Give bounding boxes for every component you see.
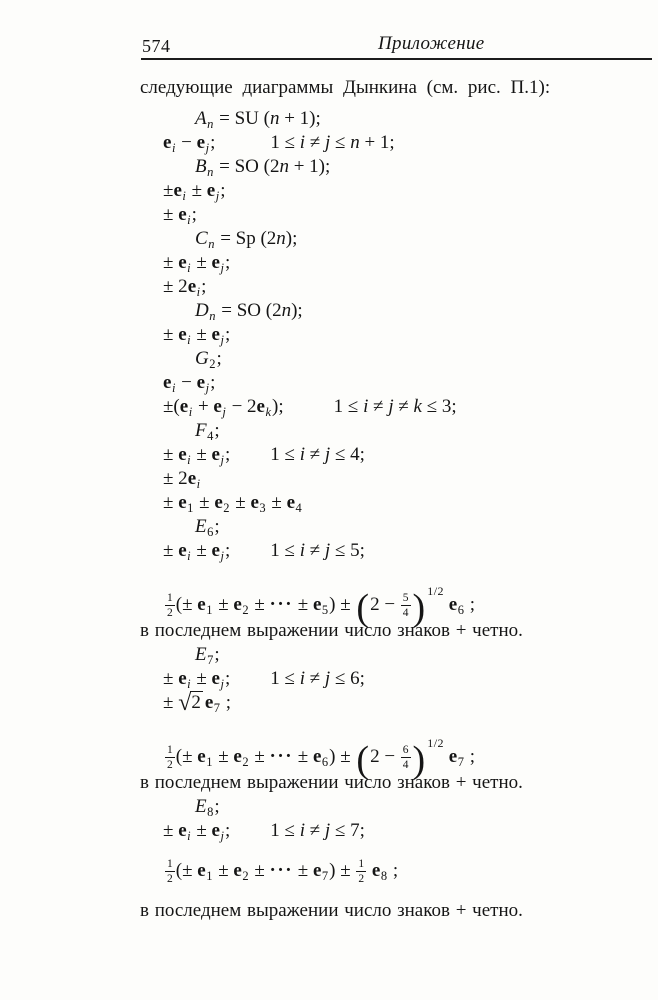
subscript: 2: [242, 603, 248, 617]
root-line: ± ei;: [140, 203, 652, 227]
subscript: 6: [322, 755, 328, 769]
subscript: i: [187, 261, 190, 275]
root-line: ± 2ei;: [140, 275, 652, 299]
subscript: i: [197, 285, 200, 299]
subscript: 6: [207, 525, 213, 539]
exponent: 1/2: [427, 584, 444, 598]
root-line: ± ei ± ej;1 ≤ i ≠ j ≤ 7;: [140, 819, 652, 843]
ellipsis-dots: ···: [270, 594, 294, 615]
root-line: ei − ej;: [140, 371, 652, 395]
group-heading: Cn = Sp (2n);: [140, 227, 652, 251]
subscript: 1: [206, 869, 212, 883]
subscript: 7: [214, 701, 220, 715]
root-formula: 12(± e1 ± e2 ± ··· ± e6) ± (2 − 64)1/2 e…: [140, 721, 652, 765]
stacked-fraction: 12: [165, 592, 175, 619]
page-number: 574: [142, 36, 171, 57]
stacked-fraction: 64: [401, 744, 411, 771]
subscript: j: [206, 141, 209, 155]
ellipsis-dots: ···: [270, 860, 294, 881]
root-line: ±ei ± ej;: [140, 179, 652, 203]
subscript: n: [207, 165, 213, 179]
subscript: j: [220, 333, 223, 347]
equation-list: следующие диаграммы Дынкина (см. рис. П.…: [140, 76, 652, 923]
subscript: 1: [206, 603, 212, 617]
root-line: ± √2e7 ;: [140, 691, 652, 715]
root-line: ± ei ± ej;: [140, 251, 652, 275]
header-rule: [141, 58, 652, 60]
subscript: n: [207, 117, 213, 131]
subscript: i: [187, 829, 190, 843]
group-heading: E8;: [140, 795, 652, 819]
subscript: 3: [259, 501, 265, 515]
parity-note: в последнем выражении число знаков + чет…: [140, 899, 652, 923]
subscript: k: [265, 405, 271, 419]
subscript: 4: [207, 429, 213, 443]
parity-note: в последнем выражении число знаков + чет…: [140, 619, 652, 643]
parity-note: в последнем выражении число знаков + чет…: [140, 771, 652, 795]
subscript: j: [206, 381, 209, 395]
root-line: ei − ej;1 ≤ i ≠ j ≤ n + 1;: [140, 131, 652, 155]
group-heading: E7;: [140, 643, 652, 667]
root-line: ± 2ei: [140, 467, 652, 491]
subscript: 8: [207, 805, 213, 819]
root-formula: 12(± e1 ± e2 ± ··· ± e7) ± 12 e8 ;: [140, 849, 652, 893]
subscript: 7: [322, 869, 328, 883]
subscript: 7: [207, 653, 213, 667]
subscript: 4: [296, 501, 302, 515]
subscript: j: [220, 829, 223, 843]
subscript: 8: [381, 869, 387, 883]
subscript: n: [208, 237, 214, 251]
subscript: i: [182, 189, 185, 203]
subscript: 1: [187, 501, 193, 515]
subscript: 6: [458, 603, 464, 617]
root-line: ± ei ± ej;1 ≤ i ≠ j ≤ 4;: [140, 443, 652, 467]
root-line: ± ei ± ej;1 ≤ i ≠ j ≤ 5;: [140, 539, 652, 563]
subscript: i: [172, 381, 175, 395]
group-heading: E6;: [140, 515, 652, 539]
subscript: i: [187, 677, 190, 691]
group-heading: Bn = SO (2n + 1);: [140, 155, 652, 179]
subscript: i: [189, 405, 192, 419]
subscript: 2: [209, 357, 215, 371]
group-heading: G2;: [140, 347, 652, 371]
subscript: j: [220, 261, 223, 275]
root-line: ± ei ± ej;1 ≤ i ≠ j ≤ 6;: [140, 667, 652, 691]
subscript: j: [216, 189, 219, 203]
stacked-fraction: 12: [165, 744, 175, 771]
subscript: i: [197, 477, 200, 491]
ellipsis-dots: ···: [270, 746, 294, 767]
exponent: 1/2: [427, 736, 444, 750]
book-page: 574 Приложение следующие диаграммы Дынки…: [0, 0, 658, 1000]
subscript: i: [187, 453, 190, 467]
group-heading: F4;: [140, 419, 652, 443]
subscript: i: [187, 333, 190, 347]
intro-text: следующие диаграммы Дынкина (см. рис. П.…: [140, 76, 652, 100]
stacked-fraction: 12: [165, 858, 175, 885]
root-line: ±(ei + ej − 2ek);1 ≤ i ≠ j ≠ k ≤ 3;: [140, 395, 652, 419]
subscript: 1: [206, 755, 212, 769]
stacked-fraction: 12: [356, 858, 366, 885]
subscript: 2: [223, 501, 229, 515]
group-heading: Dn = SO (2n);: [140, 299, 652, 323]
subscript: i: [187, 213, 190, 227]
subscript: 5: [322, 603, 328, 617]
subscript: 2: [242, 869, 248, 883]
subscript: i: [172, 141, 175, 155]
root-line: ± e1 ± e2 ± e3 ± e4: [140, 491, 652, 515]
subscript: i: [187, 549, 190, 563]
running-head: Приложение: [378, 33, 484, 55]
root-formula: 12(± e1 ± e2 ± ··· ± e5) ± (2 − 54)1/2 e…: [140, 569, 652, 613]
subscript: j: [220, 677, 223, 691]
subscript: 7: [458, 755, 464, 769]
radical: √2: [178, 692, 205, 713]
root-line: ± ei ± ej;: [140, 323, 652, 347]
group-heading: An = SU (n + 1);: [140, 107, 652, 131]
subscript: 2: [242, 755, 248, 769]
subscript: j: [220, 549, 223, 563]
subscript: j: [220, 453, 223, 467]
stacked-fraction: 54: [401, 592, 411, 619]
subscript: j: [222, 405, 225, 419]
subscript: n: [209, 309, 215, 323]
